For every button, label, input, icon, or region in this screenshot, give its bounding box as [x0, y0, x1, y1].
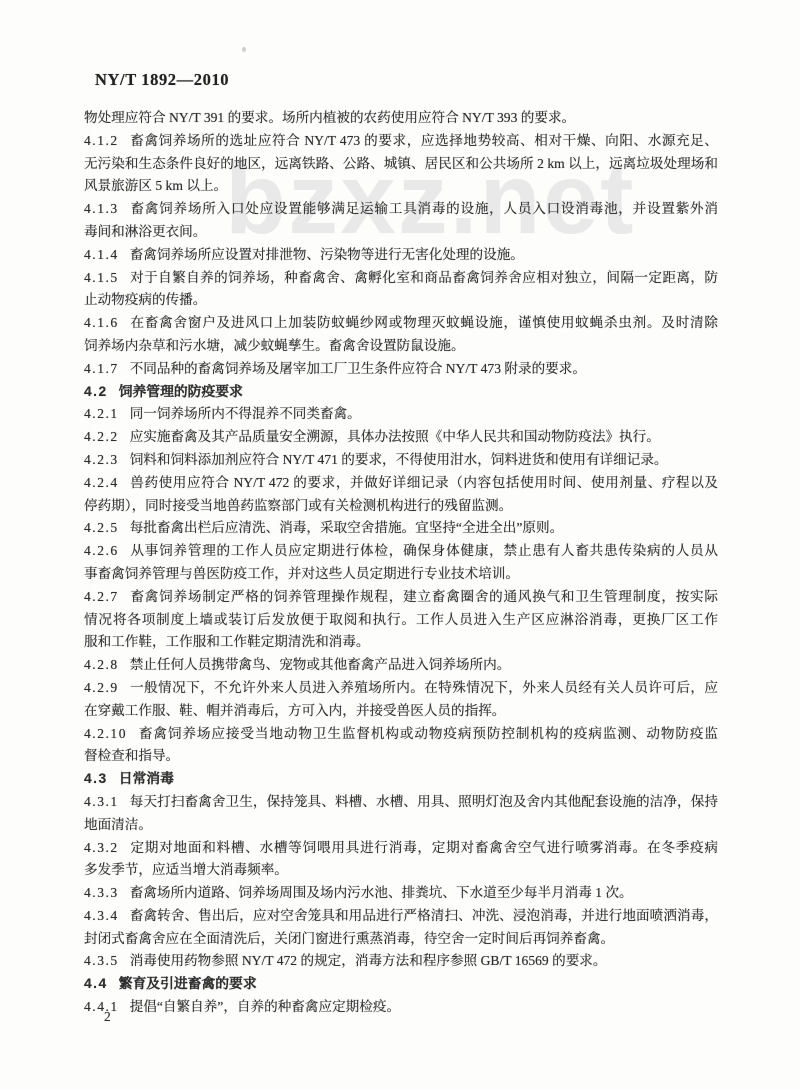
text-line: 事畜禽饲养管理与兽医防疫工作，并对这些人员定期进行专业技术培训。: [84, 563, 718, 586]
clause-number: 4.2.5: [84, 520, 119, 535]
clause-line: 4.2.5每批畜禽出栏后应清洗、消毒，采取空舍措施。宜坚持“全进全出”原则。: [84, 517, 718, 540]
clause-text: 每批畜禽出栏后应清洗、消毒，采取空舍措施。宜坚持“全进全出”原则。: [130, 520, 563, 535]
page-number: 2: [104, 1009, 111, 1025]
text-line: 风景旅游区 5 km 以上。: [84, 175, 718, 198]
clause-line: 4.1.6在畜禽舍窗户及进风口上加装防蚊蝇纱网或物理灭蚊蝇设施，谨慎使用蚊蝇杀虫…: [84, 312, 718, 335]
clause-text: 畜禽饲养场所应设置对排泄物、污染物等进行无害化处理的设施。: [130, 247, 524, 262]
text-line: 无污染和生态条件良好的地区，远离铁路、公路、城镇、居民区和公共场所 2 km 以…: [84, 153, 718, 176]
clause-text: 一般情况下，不允许外来人员进入养殖场所内。在特殊情况下，外来人员经有关人员许可后…: [130, 680, 718, 695]
clause-line: 4.2.7畜禽饲养场制定严格的饲养管理操作规程，建立畜禽圈舍的通风换气和卫生管理…: [84, 586, 718, 609]
clause-number: 4.1.7: [84, 361, 119, 376]
text-line: 停药期），同时接受当地兽药监察部门或有关检测机构进行的残留监测。: [84, 495, 718, 518]
clause-text: 同一饲养场所内不得混养不同类畜禽。: [130, 406, 361, 421]
text-line: 在穿戴工作服、鞋、帽并消毒后，方可入内，并接受兽医人员的指挥。: [84, 700, 718, 723]
clause-number: 4.2.3: [84, 452, 119, 467]
clause-line: 4.3.5消毒使用药物参照 NY/T 472 的规定，消毒方法和程序参照 GB/…: [84, 950, 718, 973]
clause-number: 4.3: [84, 771, 108, 786]
text-line: 服和工作鞋，工作服和工作鞋定期清洗和消毒。: [84, 631, 718, 654]
clause-text: 畜禽饲养场应接受当地动物卫生监督机构或动物疫病预防控制机构的疫病监测、动物防疫监: [138, 726, 718, 741]
clause-number: 4.2.9: [84, 680, 119, 695]
clause-number: 4.2.8: [84, 657, 119, 672]
clause-text: 消毒使用药物参照 NY/T 472 的规定，消毒方法和程序参照 GB/T 165…: [130, 953, 607, 968]
clause-number: 4.3.5: [84, 953, 119, 968]
clause-text: 停药期），同时接受当地兽药监察部门或有关检测机构进行的残留监测。: [84, 498, 512, 513]
clause-text: 饲养管理的防疫要求: [119, 384, 243, 399]
document-code: NY/T 1892—2010: [95, 70, 229, 90]
clause-line: 4.2.2应实施畜禽及其产品质量安全溯源，具体办法按照《中华人民共和国动物防疫法…: [84, 426, 718, 449]
clause-text: 物处理应符合 NY/T 391 的要求。场所内植被的农药使用应符合 NY/T 3…: [84, 110, 575, 125]
clause-text: 饲养场内杂草和污水塘，减少蚊蝇孳生。畜禽舍设置防鼠设施。: [84, 338, 465, 353]
clause-text: 兽药使用应符合 NY/T 472 的要求，并做好详细记录（内容包括使用时间、使用…: [130, 475, 718, 490]
clause-text: 止动物疫病的传播。: [84, 292, 206, 307]
clause-number: 4.1.5: [84, 270, 119, 285]
clause-line: 4.4繁育及引进畜禽的要求: [84, 973, 718, 996]
clause-number: 4.3.1: [84, 794, 119, 809]
clause-line: 4.1.5对于自繁自养的饲养场，种畜禽舍、禽孵化室和商品畜禽饲养舍应相对独立，间…: [84, 267, 718, 290]
clause-text: 畜禽饲养场所入口处应设置能够满足运输工具消毒的设施，人员入口设消毒池，并设置紫外…: [130, 201, 718, 216]
clause-text: 每天打扫畜禽舍卫生，保持笼具、料槽、水槽、用具、照明灯泡及舍内其他配套设施的洁净…: [130, 794, 718, 809]
clause-line: 4.2.3饲料和饲料添加剂应符合 NY/T 471 的要求，不得使用泔水，饲料进…: [84, 449, 718, 472]
clause-text: 畜禽饲养场所的选址应符合 NY/T 473 的要求，应选择地势较高、相对干燥、向…: [130, 133, 718, 148]
clause-line: 4.2.4兽药使用应符合 NY/T 472 的要求，并做好详细记录（内容包括使用…: [84, 472, 718, 495]
text-line: 督检查和指导。: [84, 745, 718, 768]
clause-number: 4.4.1: [84, 999, 119, 1014]
text-line: 地面清洁。: [84, 814, 718, 837]
clause-text: 畜禽场所内道路、饲养场周围及场内污水池、排粪坑、下水道至少每半月消毒 1 次。: [130, 885, 633, 900]
clause-line: 4.1.4畜禽饲养场所应设置对排泄物、污染物等进行无害化处理的设施。: [84, 244, 718, 267]
clause-number: 4.1.4: [84, 247, 119, 262]
clause-line: 4.1.3畜禽饲养场所入口处应设置能够满足运输工具消毒的设施，人员入口设消毒池，…: [84, 198, 718, 221]
clause-number: 4.4: [84, 976, 108, 991]
clause-line: 4.3.4畜禽转舍、售出后，应对空舍笼具和用品进行严格清扫、冲洗、浸泡消毒，并进…: [84, 905, 718, 928]
clause-text: 在畜禽舍窗户及进风口上加装防蚊蝇纱网或物理灭蚊蝇设施，谨慎使用蚊蝇杀虫剂。及时清…: [130, 315, 718, 330]
clause-line: 4.4.1提倡“自繁自养”，自养的种畜禽应定期检疫。: [84, 996, 718, 1019]
text-line: 物处理应符合 NY/T 391 的要求。场所内植被的农药使用应符合 NY/T 3…: [84, 107, 718, 130]
clause-line: 4.1.2畜禽饲养场所的选址应符合 NY/T 473 的要求，应选择地势较高、相…: [84, 130, 718, 153]
clause-line: 4.2.6从事饲养管理的工作人员应定期进行体检，确保身体健康，禁止患有人畜共患传…: [84, 540, 718, 563]
clause-text: 风景旅游区 5 km 以上。: [84, 178, 227, 193]
clause-text: 在穿戴工作服、鞋、帽并消毒后，方可入内，并接受兽医人员的指挥。: [84, 703, 505, 718]
clause-text: 情况将各项制度上墙或装订后发放便于取阅和执行。工作人员进入生产区应淋浴消毒，更换…: [84, 612, 718, 627]
clause-number: 4.1.3: [84, 201, 119, 216]
clause-number: 4.2.1: [84, 406, 119, 421]
clause-line: 4.2.8禁止任何人员携带禽鸟、宠物或其他畜禽产品进入饲养场所内。: [84, 654, 718, 677]
clause-text: 无污染和生态条件良好的地区，远离铁路、公路、城镇、居民区和公共场所 2 km 以…: [84, 156, 718, 171]
clause-text: 服和工作鞋，工作服和工作鞋定期清洗和消毒。: [84, 634, 369, 649]
clause-text: 不同品种的畜禽饲养场及屠宰加工厂卫生条件应符合 NY/T 473 附录的要求。: [130, 361, 586, 376]
clause-number: 4.3.2: [84, 840, 119, 855]
clause-line: 4.3.2定期对地面和料槽、水槽等饲喂用具进行消毒，定期对畜禽舍空气进行喷雾消毒…: [84, 837, 718, 860]
clause-text: 督检查和指导。: [84, 748, 179, 763]
clause-number: 4.2.7: [84, 589, 119, 604]
clause-text: 禁止任何人员携带禽鸟、宠物或其他畜禽产品进入饲养场所内。: [130, 657, 511, 672]
clause-line: 4.3.3畜禽场所内道路、饲养场周围及场内污水池、排粪坑、下水道至少每半月消毒 …: [84, 882, 718, 905]
scanned-document-page: bzxz.net NY/T 1892—2010 物处理应符合 NY/T 391 …: [0, 0, 800, 1089]
clause-text: 繁育及引进畜禽的要求: [119, 976, 257, 991]
clause-text: 日常消毒: [119, 771, 174, 786]
clause-number: 4.2: [84, 384, 108, 399]
text-line: 毒间和淋浴更衣间。: [84, 221, 718, 244]
clause-text: 定期对地面和料槽、水槽等饲喂用具进行消毒，定期对畜禽舍空气进行喷雾消毒。在冬季疫…: [130, 840, 718, 855]
clause-number: 4.2.4: [84, 475, 119, 490]
scan-artifact-speck: [242, 47, 246, 52]
clause-number: 4.3.4: [84, 908, 119, 923]
clause-text: 地面清洁。: [84, 817, 152, 832]
clause-line: 4.2.10畜禽饲养场应接受当地动物卫生监督机构或动物疫病预防控制机构的疫病监测…: [84, 723, 718, 746]
text-line: 情况将各项制度上墙或装订后发放便于取阅和执行。工作人员进入生产区应淋浴消毒，更换…: [84, 609, 718, 632]
clause-number: 4.2.10: [84, 726, 127, 741]
clause-line: 4.2.9一般情况下，不允许外来人员进入养殖场所内。在特殊情况下，外来人员经有关…: [84, 677, 718, 700]
clause-line: 4.1.7不同品种的畜禽饲养场及屠宰加工厂卫生条件应符合 NY/T 473 附录…: [84, 358, 718, 381]
clause-line: 4.2饲养管理的防疫要求: [84, 381, 718, 404]
text-line: 封闭式畜禽舍应在全面清洗后，关闭门窗进行熏蒸消毒，待空舍一定时间后再饲养畜禽。: [84, 928, 718, 951]
clause-number: 4.1.2: [84, 133, 119, 148]
clause-text: 对于自繁自养的饲养场，种畜禽舍、禽孵化室和商品畜禽饲养舍应相对独立，间隔一定距离…: [130, 270, 718, 285]
clause-text: 从事饲养管理的工作人员应定期进行体检，确保身体健康，禁止患有人畜共患传染病的人员…: [130, 543, 718, 558]
clause-number: 4.3.3: [84, 885, 119, 900]
clause-number: 4.1.6: [84, 315, 119, 330]
document-body: 物处理应符合 NY/T 391 的要求。场所内植被的农药使用应符合 NY/T 3…: [84, 107, 718, 1019]
text-line: 多发季节，应适当增大消毒频率。: [84, 859, 718, 882]
clause-text: 畜禽饲养场制定严格的饲养管理操作规程，建立畜禽圈舍的通风换气和卫生管理制度，按实…: [130, 589, 718, 604]
clause-text: 应实施畜禽及其产品质量安全溯源，具体办法按照《中华人民共和国动物防疫法》执行。: [130, 429, 660, 444]
clause-number: 4.2.2: [84, 429, 119, 444]
clause-text: 提倡“自繁自养”，自养的种畜禽应定期检疫。: [130, 999, 400, 1014]
clause-number: 4.2.6: [84, 543, 119, 558]
clause-line: 4.2.1同一饲养场所内不得混养不同类畜禽。: [84, 403, 718, 426]
clause-text: 畜禽转舍、售出后，应对空舍笼具和用品进行严格清扫、冲洗、浸泡消毒，并进行地面喷洒…: [130, 908, 718, 923]
clause-text: 事畜禽饲养管理与兽医防疫工作，并对这些人员定期进行专业技术培训。: [84, 566, 519, 581]
clause-text: 多发季节，应适当增大消毒频率。: [84, 862, 288, 877]
clause-text: 封闭式畜禽舍应在全面清洗后，关闭门窗进行熏蒸消毒，待空舍一定时间后再饲养畜禽。: [84, 931, 614, 946]
clause-text: 毒间和淋浴更衣间。: [84, 224, 206, 239]
text-line: 止动物疫病的传播。: [84, 289, 718, 312]
clause-line: 4.3日常消毒: [84, 768, 718, 791]
clause-line: 4.3.1每天打扫畜禽舍卫生，保持笼具、料槽、水槽、用具、照明灯泡及舍内其他配套…: [84, 791, 718, 814]
text-line: 饲养场内杂草和污水塘，减少蚊蝇孳生。畜禽舍设置防鼠设施。: [84, 335, 718, 358]
clause-text: 饲料和饲料添加剂应符合 NY/T 471 的要求，不得使用泔水，饲料进货和使用有…: [130, 452, 668, 467]
